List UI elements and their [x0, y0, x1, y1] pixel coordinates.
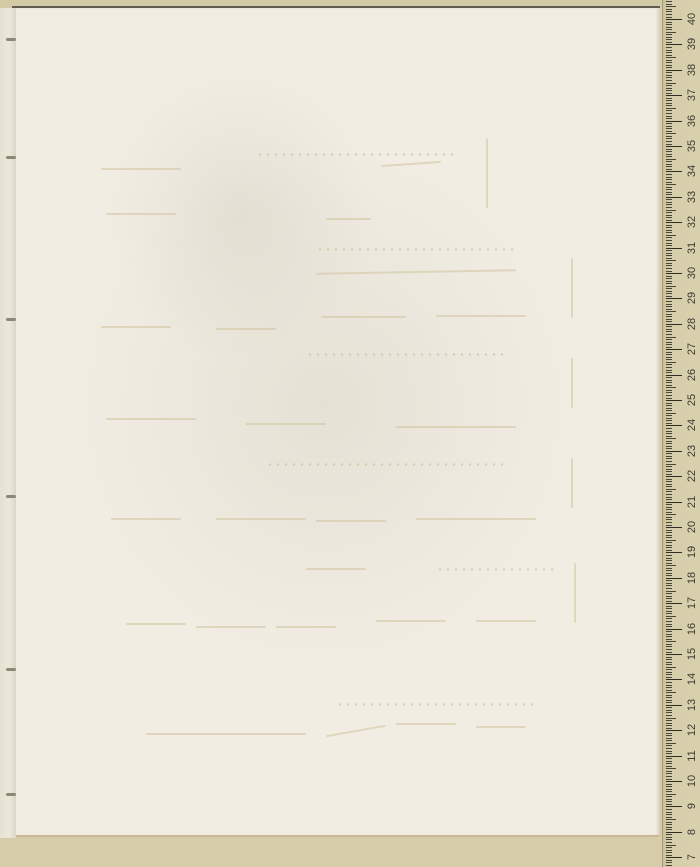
ruler-tick [666, 390, 672, 391]
blank-page [16, 8, 659, 836]
show-through-mark [571, 258, 573, 318]
ruler-tick [666, 342, 672, 343]
ruler-tick [666, 273, 682, 274]
ruler-tick [666, 418, 672, 419]
ruler-tick [666, 540, 676, 541]
ruler-tick [666, 187, 672, 188]
ruler-tick [666, 817, 672, 818]
ruler-tick [666, 568, 672, 569]
ruler-tick [666, 618, 672, 619]
ruler-tick [666, 255, 672, 256]
ruler-tick [666, 311, 676, 312]
ruler-label: 21 [686, 493, 698, 511]
show-through-mark [106, 418, 196, 420]
ruler-tick [666, 344, 672, 345]
ruler-tick [666, 606, 672, 607]
ruler-tick [666, 593, 672, 594]
ruler-tick [666, 126, 672, 127]
ruler-tick [666, 809, 672, 810]
ruler-tick [666, 298, 682, 299]
ruler-tick [666, 235, 676, 236]
ruler-tick [666, 121, 682, 122]
show-through-dots [436, 568, 556, 571]
ruler-tick [666, 827, 672, 828]
ruler-tick [666, 80, 672, 81]
ruler-tick [666, 283, 672, 284]
ruler-tick [666, 90, 672, 91]
ruler-tick [666, 865, 672, 866]
ruler-tick [666, 687, 672, 688]
ruler-tick [666, 733, 672, 734]
ruler-tick [666, 730, 682, 731]
ruler-tick [666, 474, 672, 475]
ruler-tick [666, 70, 682, 71]
ruler-tick [666, 776, 672, 777]
ruler-tick [666, 316, 672, 317]
show-through-dots [256, 153, 456, 156]
show-through-mark [246, 423, 326, 425]
ruler-tick [666, 789, 672, 790]
ruler-tick [666, 692, 676, 693]
ruler-tick [666, 509, 672, 510]
show-through-mark [326, 725, 385, 737]
ruler-label: 25 [686, 391, 698, 409]
ruler-tick [666, 771, 672, 772]
binding-stitch [6, 156, 16, 159]
show-through-mark [396, 426, 516, 428]
ruler-tick [666, 354, 672, 355]
ruler-tick [666, 646, 672, 647]
ruler-tick [666, 723, 672, 724]
ruler-tick [666, 834, 672, 835]
ruler-tick [666, 415, 672, 416]
ruler-tick [666, 832, 682, 833]
ruler-label: 22 [686, 467, 698, 485]
ruler-tick [666, 225, 672, 226]
ruler-tick [666, 60, 672, 61]
ruler-tick [666, 514, 676, 515]
ruler-tick [666, 331, 672, 332]
ruler-tick [666, 667, 676, 668]
ruler-tick [666, 199, 672, 200]
ruler-tick [666, 535, 672, 536]
ruler-tick [666, 598, 672, 599]
ruler-tick [666, 491, 672, 492]
ruler-tick [666, 644, 672, 645]
ruler-tick [666, 334, 672, 335]
ruler-tick [666, 583, 672, 584]
ruler-tick [666, 552, 682, 553]
ruler-label: 19 [686, 543, 698, 561]
show-through-mark [416, 518, 536, 520]
ruler-tick [666, 288, 672, 289]
ruler-tick [666, 476, 682, 477]
ruler-tick [666, 57, 676, 58]
ruler-tick [666, 227, 672, 228]
show-through-mark [571, 458, 573, 508]
ruler-tick [666, 857, 682, 858]
ruler-tick [666, 735, 672, 736]
ruler-tick [666, 436, 672, 437]
ruler-label: 14 [686, 670, 698, 688]
ruler-tick [666, 669, 672, 670]
ruler-tick [666, 527, 682, 528]
ruler-tick [666, 240, 672, 241]
ruler-tick [666, 657, 672, 658]
ruler-tick [666, 438, 676, 439]
ruler-tick [666, 525, 672, 526]
ruler-tick [666, 819, 676, 820]
ruler-tick [666, 494, 672, 495]
ruler-tick [666, 824, 672, 825]
ruler-tick [666, 123, 672, 124]
ruler-tick [666, 245, 672, 246]
ruler-tick [666, 697, 672, 698]
ruler-tick [666, 339, 672, 340]
ruler-tick [666, 707, 672, 708]
ruler-tick [666, 306, 672, 307]
ruler-tick [666, 464, 676, 465]
ruler-label: 27 [686, 340, 698, 358]
ruler-tick [666, 786, 672, 787]
ruler-tick [666, 95, 682, 96]
ruler-tick [666, 182, 672, 183]
ruler-label: 37 [686, 86, 698, 104]
ruler-tick [666, 44, 682, 45]
ruler-tick [666, 461, 672, 462]
ruler-tick [666, 370, 672, 371]
ruler-tick [666, 829, 672, 830]
ruler-tick [666, 469, 672, 470]
ruler-tick [666, 210, 676, 211]
ruler-tick [666, 265, 672, 266]
ruler-tick [666, 403, 672, 404]
ruler-tick [666, 558, 672, 559]
ruler-tick [666, 652, 672, 653]
ruler-tick [666, 159, 676, 160]
show-through-mark [146, 733, 306, 735]
ruler-tick [666, 4, 672, 5]
ruler-label: 7 [686, 848, 698, 866]
ruler-tick [666, 83, 676, 84]
ruler-label: 23 [686, 442, 698, 460]
ruler-tick [666, 352, 672, 353]
show-through-mark [306, 568, 366, 570]
ruler-tick [666, 845, 676, 846]
ruler-tick [666, 596, 672, 597]
ruler-tick [666, 364, 672, 365]
ruler-tick [666, 217, 672, 218]
ruler-tick [666, 192, 672, 193]
ruler-tick [666, 448, 672, 449]
ruler-tick [666, 197, 682, 198]
ruler-tick [666, 377, 672, 378]
ruler-tick [666, 326, 672, 327]
ruler-tick [666, 276, 672, 277]
show-through-dots [336, 703, 536, 706]
ruler-tick [666, 578, 682, 579]
ruler-tick [666, 372, 672, 373]
ruler-tick [666, 248, 682, 249]
ruler-tick [666, 293, 672, 294]
ruler-label: 29 [686, 289, 698, 307]
binding-stitch [6, 668, 16, 671]
ruler-tick [666, 685, 672, 686]
ruler-tick [666, 14, 672, 15]
ruler-tick [666, 136, 672, 137]
ruler-tick [666, 751, 672, 752]
ruler-tick [666, 659, 672, 660]
ruler-label: 30 [686, 264, 698, 282]
ruler-tick [666, 601, 672, 602]
ruler-tick [666, 664, 672, 665]
ruler-label: 26 [686, 366, 698, 384]
ruler-tick [666, 479, 672, 480]
ruler-tick [666, 405, 672, 406]
ruler-tick [666, 359, 672, 360]
ruler-tick [666, 702, 672, 703]
ruler-tick [666, 636, 672, 637]
ruler-tick [666, 32, 676, 33]
ruler-tick [666, 700, 672, 701]
ruler-tick [666, 608, 672, 609]
ruler-label: 17 [686, 594, 698, 612]
ruler-tick [666, 677, 672, 678]
ruler-tick [666, 156, 672, 157]
ruler-tick [666, 547, 672, 548]
ruler-tick [666, 537, 672, 538]
ruler-tick [666, 392, 672, 393]
ruler-tick [666, 555, 672, 556]
ruler-tick [666, 588, 672, 589]
ruler-tick [666, 423, 672, 424]
ruler-tick [666, 215, 672, 216]
ruler-tick [666, 1, 672, 2]
ruler-tick [666, 62, 672, 63]
ruler-tick [666, 108, 676, 109]
ruler-tick [666, 50, 672, 51]
ruler-tick [666, 458, 672, 459]
ruler-tick [666, 232, 672, 233]
ruler-tick [666, 591, 676, 592]
ruler-tick [666, 77, 672, 78]
ruler-tick [666, 179, 672, 180]
ruler-tick [666, 781, 682, 782]
ruler-tick [666, 324, 682, 325]
ruler-label: 15 [686, 645, 698, 663]
ruler-tick [666, 489, 676, 490]
ruler-tick [666, 385, 672, 386]
ruler-tick [666, 22, 672, 23]
ruler-tick [666, 174, 672, 175]
ruler-tick [666, 530, 672, 531]
ruler-tick [666, 654, 682, 655]
ruler-tick [666, 814, 672, 815]
ruler-tick [666, 301, 672, 302]
ruler-tick [666, 573, 672, 574]
ruler-tick [666, 100, 672, 101]
ruler-tick [666, 550, 672, 551]
ruler-tick [666, 133, 676, 134]
ruler-tick [666, 37, 672, 38]
ruler-tick [666, 260, 676, 261]
ruler-tick [666, 743, 676, 744]
page-bottom-edge [16, 835, 659, 837]
ruler-tick [666, 151, 672, 152]
ruler-label: 12 [686, 721, 698, 739]
ruler-tick [666, 504, 672, 505]
ruler-tick [666, 47, 672, 48]
ruler-tick [666, 641, 676, 642]
ruler-tick [666, 481, 672, 482]
ruler-tick [666, 428, 672, 429]
ruler-tick [666, 794, 676, 795]
ruler-label: 34 [686, 162, 698, 180]
ruler-tick [666, 575, 672, 576]
ruler-tick [666, 85, 672, 86]
ruler-tick [666, 367, 672, 368]
ruler-tick [666, 837, 672, 838]
ruler-label: 38 [686, 61, 698, 79]
ruler-tick [666, 842, 672, 843]
ruler-tick [666, 98, 672, 99]
show-through-mark [381, 161, 441, 167]
ruler-tick [666, 357, 672, 358]
ruler-tick [666, 649, 672, 650]
ruler-tick [666, 758, 672, 759]
ruler-tick [666, 852, 672, 853]
ruler-label: 40 [686, 10, 698, 28]
ruler-tick [666, 105, 672, 106]
ruler-label: 28 [686, 315, 698, 333]
ruler-tick [666, 690, 672, 691]
ruler-tick [666, 773, 672, 774]
ruler-tick [666, 796, 672, 797]
ruler-tick [666, 519, 672, 520]
ruler-tick [666, 171, 682, 172]
ruler-tick [666, 812, 672, 813]
ruler-tick [666, 471, 672, 472]
ruler-tick [666, 565, 676, 566]
ruler-label: 24 [686, 416, 698, 434]
ruler-tick [666, 55, 672, 56]
ruler-label: 39 [686, 35, 698, 53]
ruler-tick [666, 682, 672, 683]
ruler-tick [666, 253, 672, 254]
ruler-tick [666, 204, 672, 205]
ruler-label: 31 [686, 239, 698, 257]
ruler-tick [666, 184, 676, 185]
ruler-tick [666, 17, 672, 18]
ruler-tick [666, 522, 672, 523]
ruler-tick [666, 268, 672, 269]
ruler-tick [666, 304, 672, 305]
show-through-mark [396, 723, 456, 725]
ruler-tick [666, 613, 672, 614]
ruler-tick [666, 337, 676, 338]
ruler-tick [666, 103, 672, 104]
ruler-tick [666, 484, 672, 485]
ruler-tick [666, 382, 672, 383]
ruler-tick [666, 410, 672, 411]
show-through-mark [376, 620, 446, 622]
ruler-tick [666, 784, 672, 785]
show-through-dots [306, 353, 506, 356]
show-through-mark [476, 620, 536, 622]
ruler-tick [666, 745, 672, 746]
ruler-tick [666, 237, 672, 238]
ruler-label: 35 [686, 137, 698, 155]
ruler-tick [666, 319, 672, 320]
ruler-tick [666, 72, 672, 73]
ruler-tick [666, 740, 672, 741]
show-through-mark [316, 520, 386, 522]
show-through-mark [111, 518, 181, 520]
ruler-tick [666, 222, 682, 223]
ruler-tick [666, 715, 672, 716]
ruler-label: 11 [686, 747, 698, 765]
ruler-tick [666, 629, 682, 630]
ruler-tick [666, 34, 672, 35]
ruler-tick [666, 443, 672, 444]
ruler-tick [666, 9, 672, 10]
ruler-tick [666, 169, 672, 170]
ruler-tick [666, 6, 676, 7]
ruler-tick [666, 621, 672, 622]
ruler-tick [666, 674, 672, 675]
ruler-tick [666, 806, 682, 807]
ruler-tick [666, 634, 672, 635]
ruler-tick [666, 138, 672, 139]
show-through-mark [216, 518, 306, 520]
ruler-tick [666, 631, 672, 632]
show-through-mark [126, 623, 186, 625]
ruler-tick [666, 131, 672, 132]
ruler-tick [666, 718, 676, 719]
ruler-tick [666, 52, 672, 53]
ruler-tick [666, 243, 672, 244]
ruler-tick [666, 220, 672, 221]
show-through-mark [574, 563, 576, 623]
binding-stitch [6, 38, 16, 41]
ruler-tick [666, 748, 672, 749]
show-through-mark [316, 269, 516, 274]
cm-ruler: 4039383736353433323130292827262524232221… [662, 0, 700, 867]
ruler-tick [666, 542, 672, 543]
ruler-tick [666, 486, 672, 487]
ruler-tick [666, 420, 672, 421]
ruler-tick [666, 585, 672, 586]
ruler-tick [666, 466, 672, 467]
ruler-tick [666, 456, 672, 457]
ruler-tick [666, 822, 672, 823]
ruler-tick [666, 258, 672, 259]
ruler-tick [666, 433, 672, 434]
ruler-tick [666, 11, 672, 12]
ruler-tick [666, 662, 672, 663]
ruler-tick [666, 164, 672, 165]
ruler-tick [666, 177, 672, 178]
ruler-tick [666, 761, 672, 762]
ruler-tick [666, 801, 672, 802]
ruler-tick [666, 616, 676, 617]
ruler-tick [666, 149, 672, 150]
ruler-tick [666, 512, 672, 513]
ruler-tick [666, 712, 672, 713]
ruler-tick [666, 154, 672, 155]
ruler-tick [666, 65, 672, 66]
ruler-tick [666, 321, 672, 322]
